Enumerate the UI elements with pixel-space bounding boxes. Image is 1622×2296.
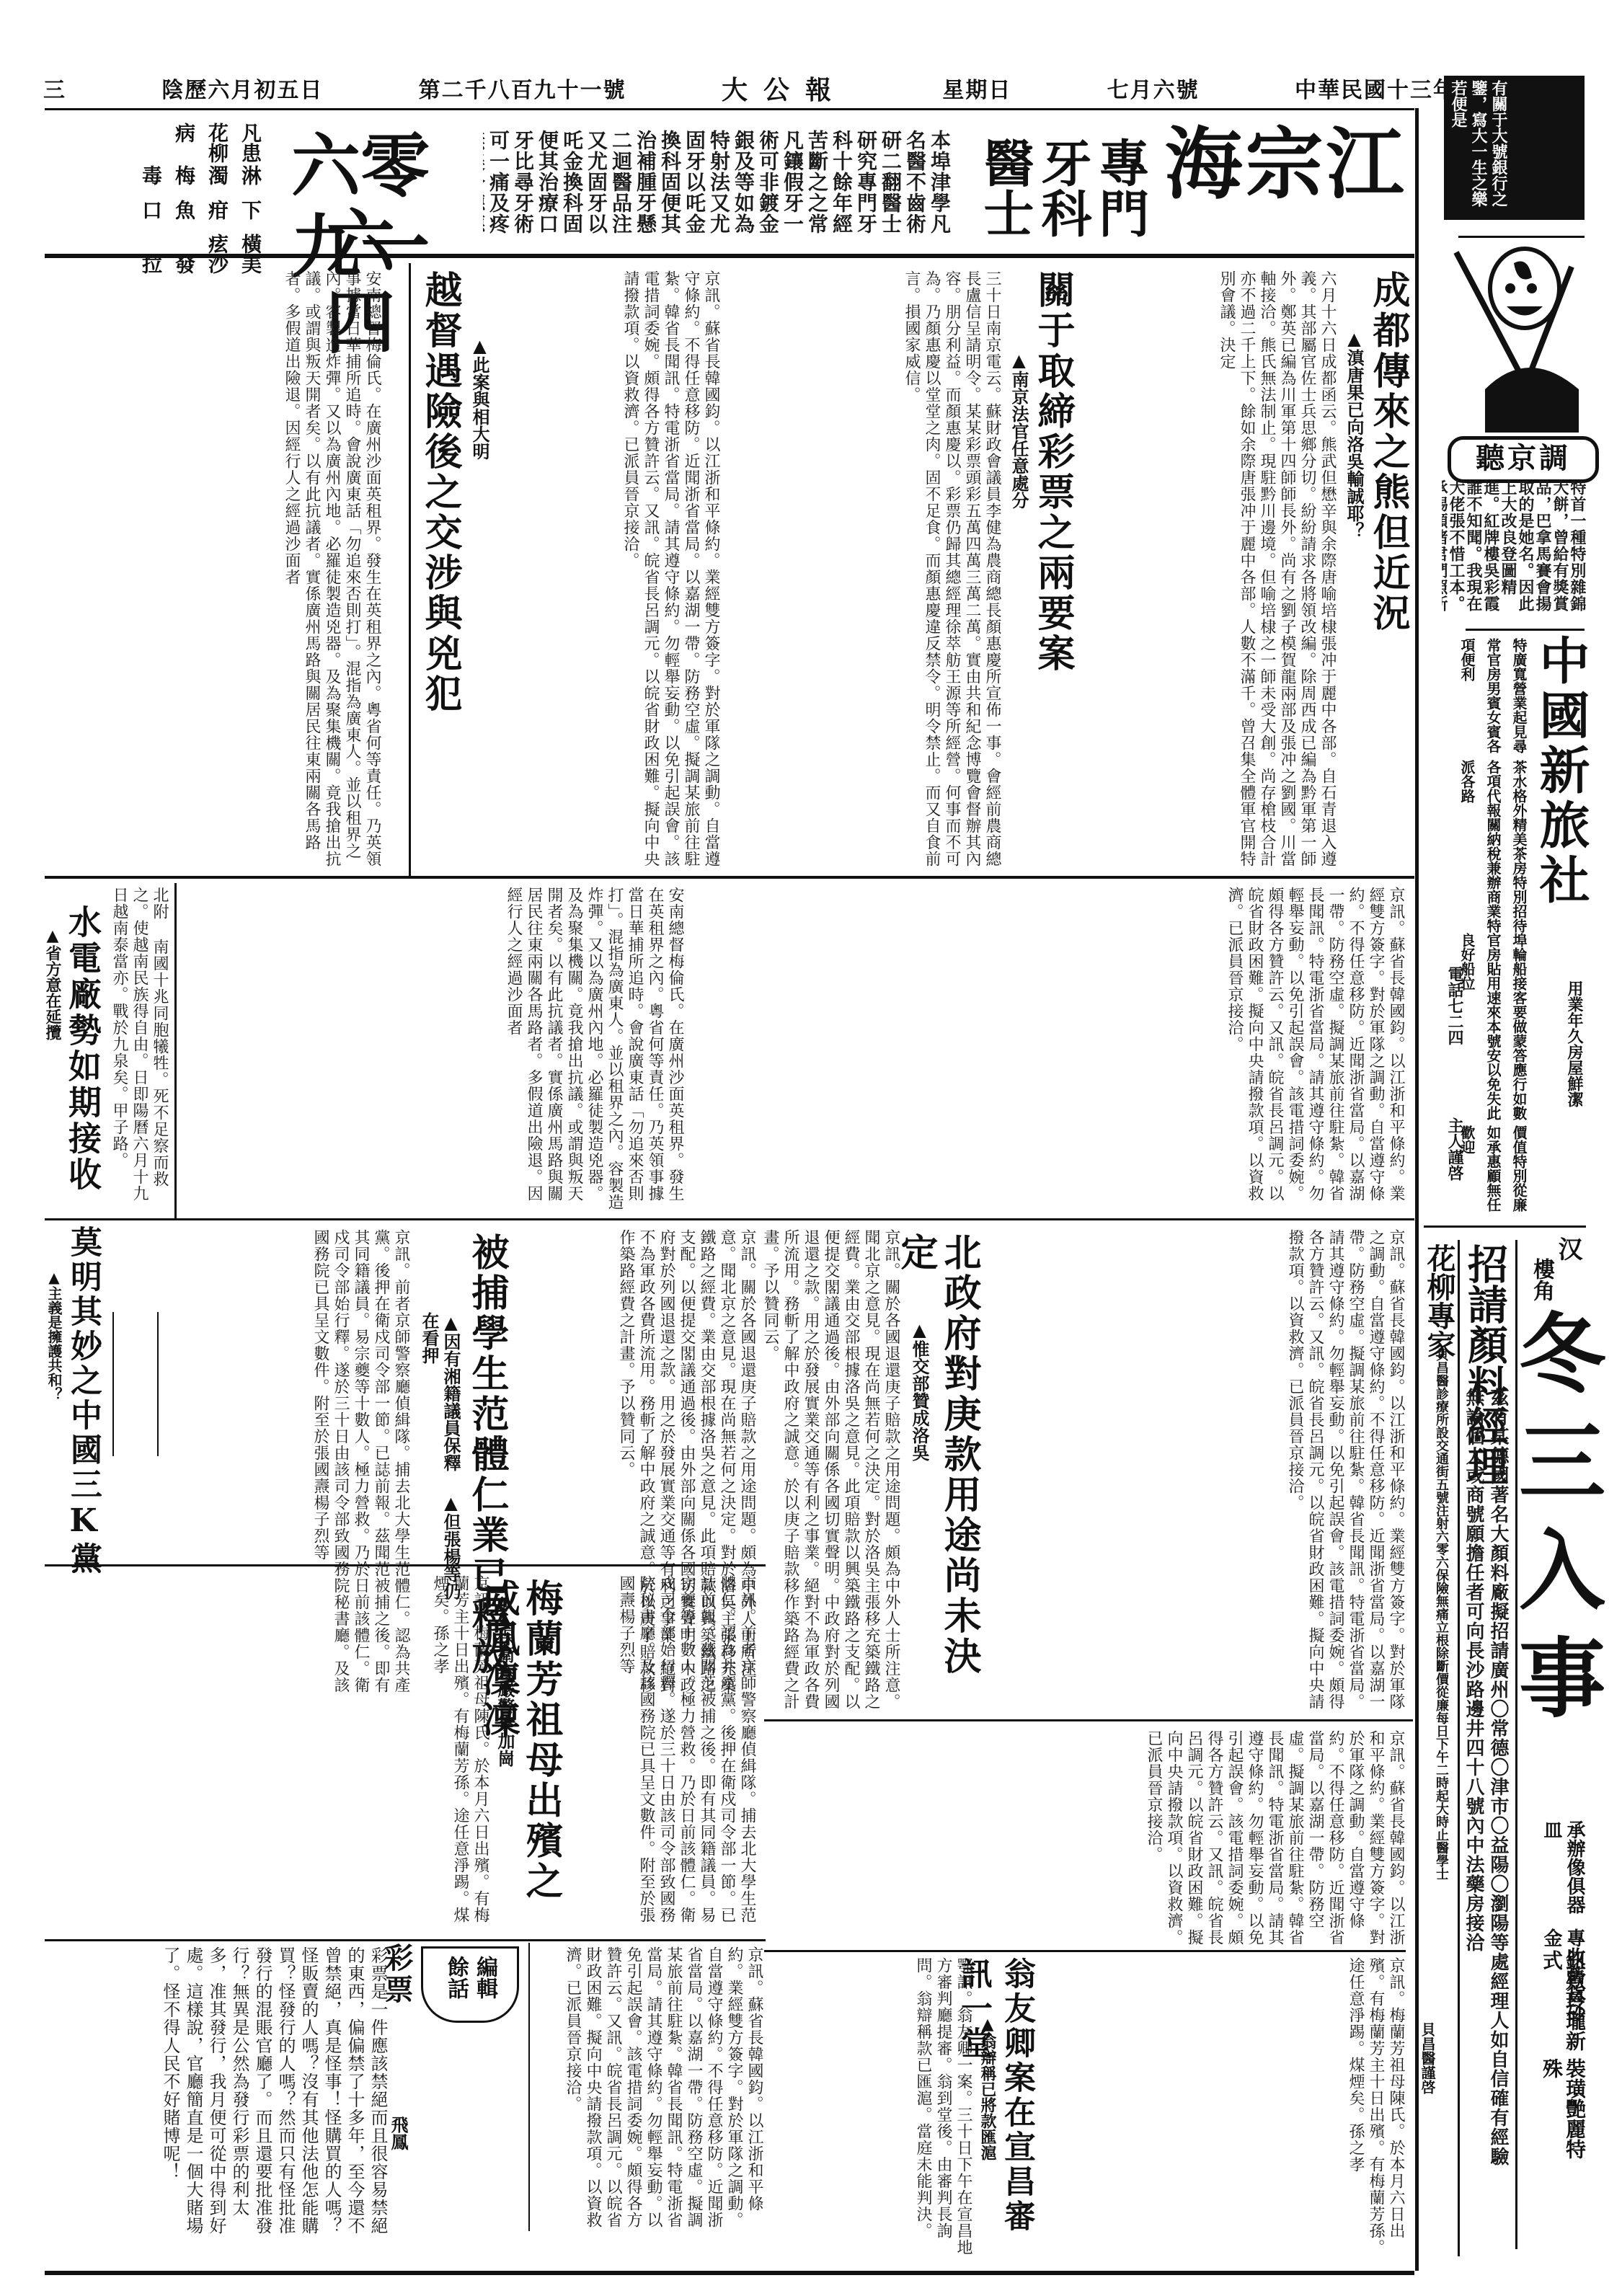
article-chengdu: 成都傳來之熊但近況 ▲滇唐果已向洛吳輸誠耶？ 六月十六日成都函云。熊武但懋辛與余… bbox=[1081, 263, 1409, 876]
editor-notes-title: 編輯餘話 bbox=[441, 1956, 499, 2013]
headline-chengdu: 成都傳來之熊但近況 bbox=[1365, 270, 1409, 876]
dentist-title-3: 醫士 bbox=[976, 137, 1034, 238]
hotel-ad-line: 特廣寬營業起見尋常官房男賓女賓各項便利 bbox=[1431, 638, 1532, 760]
hotel-ad-signature: 主人謹啓 bbox=[1444, 1117, 1466, 1189]
headline-loan: 北政府對庚款用途尚未決定 bbox=[936, 1233, 980, 1716]
clinic-line: 淋濁梅毒 bbox=[65, 165, 267, 200]
dentist-title-2: 牙科 bbox=[1034, 137, 1091, 238]
hotel-ad-title: 中國新旅社 bbox=[1535, 634, 1586, 980]
dentist-ad-text: 本埠津學凡名醫不齒術研二翻醫士研究專門牙科十餘年經苦斷之之常凡鑲假牙一術可非鍍金… bbox=[483, 130, 952, 245]
masthead-year: 中華民國十三年 bbox=[1295, 72, 1456, 104]
article-yuedu: 越督遇險後之交涉與兇犯 ▲此案與相大明 京訊。蘇省長韓國鈞。以江浙和平條約。業經… bbox=[43, 263, 721, 876]
cartoon-title: 聽京調 bbox=[1476, 441, 1571, 475]
column-rule bbox=[1415, 108, 1419, 2271]
issue-number: 第二千八百九十一號 bbox=[419, 72, 626, 104]
body-cont-upper: 京訊。蘇省長韓國鈞。以江浙和平條約。業經雙方簽字。對於軍隊之調動。自當遵守條約。… bbox=[764, 1730, 1406, 1946]
headline-wuhan: 翁友卿案在宣昌審訊一堂 bbox=[1001, 1957, 1038, 2260]
body-student-cont: 京訊。前者京師警察廳偵緝隊。捕去北大學生范體仁。認為共產黨。後押在衛戍司令部一節… bbox=[570, 1575, 757, 1928]
editor-notes-box: 編輯餘話 bbox=[421, 1946, 519, 2023]
body-prev-feature: 京訊。蘇省長韓國鈞。以江浙和平條約。業經雙方簽字。對於軍隊之調動。自當遵守條約。… bbox=[533, 1946, 764, 2235]
article-loan: 京訊。蘇省長韓國鈞。以江浙和平條約。業經雙方簽字。對於軍隊之調動。自當遵守條約。… bbox=[764, 1225, 1406, 1716]
clinic-line: 下疳魚口 bbox=[65, 200, 267, 234]
article-wuhan: 京訊。蘇省長韓國鈞。以江浙和平條約。業經雙方簽字。對於軍隊之調動。自當遵守條約。… bbox=[764, 1727, 1406, 2264]
article-waterpower: 北附 南國十兆同胞犧牲。死不足察而救之。使越南民族得自由。日即陽曆六月十九日越南… bbox=[43, 883, 177, 1218]
body-yuedu-cont-right: 京訊。蘇省長韓國鈞。以江浙和平條約。業經雙方簽字。對於軍隊之調動。自當遵守條約。… bbox=[685, 887, 1406, 1215]
dentist-title-1: 專門 bbox=[1091, 137, 1149, 238]
body-waterpower: 北附 南國十兆同胞犧牲。死不足察而救之。使越南民族得自由。日即陽曆六月十九日越南… bbox=[105, 887, 169, 1215]
row-rule bbox=[45, 876, 1414, 879]
headline-lottery: 關于取締彩票之兩要案 bbox=[1029, 270, 1074, 876]
cartoon-figure-icon bbox=[1442, 245, 1586, 440]
recruit-notice: 茲有某德國著名大顏料廠擬招請廣州〇常德〇津市〇益陽〇瀏陽等處經理人如自信確有經驗… bbox=[1460, 1388, 1510, 2181]
subhead-wuhan: ▲翁辯稱已將款匯滬 bbox=[978, 2015, 998, 2246]
body-kkk-cont: 京訊。梅蘭芳祖母陳氏。於本月六日出殯。有梅蘭芳主十日出殯。有梅蘭芳孫。途任意淨踢… bbox=[1045, 1957, 1406, 2260]
clinic-line: 橫痃 bbox=[65, 234, 267, 254]
body-prev-cont: 京訊。蘇省長韓國鈞。以江浙和平條約。業經雙方簽字。對於軍隊之調動。自當遵守條約。… bbox=[1031, 1229, 1406, 1712]
cartoon-text: 特首一種特別雜錦大餅，曾給有獎賞品，巴拿馬賽會揚取的是她名。因此上大改良登圖精進… bbox=[1442, 479, 1586, 624]
hotel-ad-phone: 電話七二四 bbox=[1444, 966, 1466, 1067]
subhead-chengdu: ▲滇唐果已向洛吳輸誠耶？ bbox=[1342, 328, 1365, 876]
masthead-rule bbox=[45, 108, 1414, 110]
row-rule bbox=[45, 1218, 1414, 1220]
right-top-block: 有關于大號銀行之鑒，寫大一生之樂若便是 bbox=[1444, 76, 1585, 220]
body-loan: 京訊。關於各國退還庚子賠款之用途問題。頗為中外人士所注意。聞北京之意見。現在尚無… bbox=[764, 1229, 901, 1712]
shop-ad-line: 鈕欵玲瓏新式 bbox=[1540, 1950, 1586, 2058]
paper-name: 大公報 bbox=[722, 70, 847, 107]
article-kkk: 京訊。前者京師警察廳偵緝隊。捕去北大學生范體仁。認為共產黨。後押在衛戍司令部一節… bbox=[43, 1572, 757, 1932]
shop-ad-title: 冬三入事 bbox=[1525, 1308, 1586, 1813]
body-loan-intro bbox=[988, 1229, 1031, 1712]
body-kkk: 京訊。梅蘭芳祖母陳氏。於本月六日出殯。有梅蘭芳主十日出殯。有梅蘭芳孫。途任意淨踢… bbox=[43, 1575, 490, 1928]
subhead-waterpower: ▲省方意在延攬 bbox=[43, 926, 63, 1215]
body-yuedu-cont-left: 安南總督梅倫氏。在廣州沙面英租界。發生在英租界之內。粵省何等責任。乃英領事據當日… bbox=[180, 887, 685, 1215]
feature-text: 彩票是一件應該禁絕而且很容易禁絕的東西，偏偏禁了十多年，至今還不曾禁絕，真是怪事… bbox=[43, 1946, 389, 2235]
masthead-date: 七月六號 bbox=[1107, 72, 1200, 104]
headline-kkk: 梅蘭芳祖母出殯之威風凜凜 bbox=[518, 1579, 562, 1932]
shop-ad: 汉 樓角 冬三入事 承辦像俱器皿 專收舊貨砂金 鈕欵玲瓏新式 裝璜艷麗特殊 招請… bbox=[1424, 1229, 1586, 2267]
article-yuedu-continued: 京訊。蘇省長韓國鈞。以江浙和平條約。業經雙方簽字。對於軍隊之調動。自當遵守條約。… bbox=[180, 883, 1406, 1218]
body-lottery-cont: 京訊。蘇省長韓國鈞。以江浙和平條約。業經雙方簽字。對於軍隊之調動。自當遵守條約。… bbox=[418, 270, 721, 869]
body-chengdu: 六月十六日成都函云。熊武但懋辛與余際唐喻培棣張冲于麗中各部。自石青退入遵義。其部… bbox=[1081, 270, 1337, 869]
shop-ad-line: 承辦像俱器皿 bbox=[1540, 1820, 1586, 1928]
dentist-name: 江宗海 bbox=[1156, 123, 1399, 252]
space-placeholder-box bbox=[112, 1312, 159, 1456]
shop-ad-line: 裝璜艷麗特殊 bbox=[1540, 2058, 1586, 2166]
body-lottery: 三十日南京電云。蘇財政會議員李健為農商總長顏惠慶所宣佈一事。會經前農商總長盧信呈… bbox=[728, 270, 1002, 869]
feature-column: 京訊。蘇省長韓國鈞。以江浙和平條約。業經雙方簽字。對於軍隊之調動。自當遵守條約。… bbox=[43, 1943, 764, 2260]
article-lottery: 關于取締彩票之兩要案 ▲南京法官任意處分 三十日南京電云。蘇財政會議員李健為農商… bbox=[728, 263, 1074, 876]
hotel-ad-line: 茶水格外精美茶房特別招待各項代報關納稅兼辦商業特派各路 bbox=[1431, 760, 1532, 933]
shop-ad-subtop: 樓角 bbox=[1525, 1258, 1557, 1301]
masthead-weekday: 星期日 bbox=[942, 72, 1011, 104]
headline-waterpower: 水電廠勢如期接收 bbox=[65, 905, 105, 1215]
subhead-lottery: ▲南京法官任意處分 bbox=[1006, 350, 1029, 854]
subhead-meilanfang: ▲主義是擁護共和？ bbox=[45, 1269, 65, 1485]
cartoon-caption-box: 聽京調 bbox=[1448, 436, 1599, 483]
body-wuhan: 鄂訊。翁友卿一案。三十日下午在宣昌地方審判廳提審。翁到堂後。由審判長詢問。翁辯稱… bbox=[764, 1957, 973, 2260]
page-number: 三 bbox=[43, 72, 66, 104]
subhead-loan: ▲惟交部贊成洛吳 bbox=[907, 1319, 930, 1708]
subhead-student: ▲因有湘籍議員保釋 ▲但張楊等仍在看押 bbox=[415, 1312, 461, 1600]
std-clinic-ad: 凡患花柳病 淋濁梅毒 下疳魚口 橫痃 美沙發拉 六零六 九一四 bbox=[43, 115, 454, 288]
feature-author: 飛鳳 bbox=[386, 2116, 411, 2188]
subhead-kkk: ▲保衛森嚴警察加崗 bbox=[494, 1608, 515, 1896]
masthead: 中華民國十三年 七月六號 星期日 大公報 第二千八百九十一號 陰歷六月初五日 三 bbox=[43, 74, 1456, 102]
clinic-line: 凡患花柳病 bbox=[65, 123, 267, 165]
shop-ad-prefix: 汉 bbox=[1551, 1236, 1586, 1261]
body-yuedu: 安南總督梅倫氏。在廣州沙面英租界。發生在英租界之內。粵省何等責任。乃英領事據當日… bbox=[43, 270, 382, 869]
bottom-rule bbox=[45, 2271, 1414, 2275]
hotel-ad-subtitle: 用業年久房屋鮮潔 bbox=[1535, 980, 1586, 1218]
section-rule bbox=[45, 254, 1414, 258]
lunar-date: 陰歷六月初五日 bbox=[161, 72, 323, 104]
flower-signature: 貝昌醫謹啓 bbox=[1417, 2022, 1438, 2094]
dentist-ad: 本埠津學凡名醫不齒術研二翻醫士研究專門牙科十餘年經苦斷之之常凡鑲假牙一術可非鍍金… bbox=[461, 115, 1406, 252]
